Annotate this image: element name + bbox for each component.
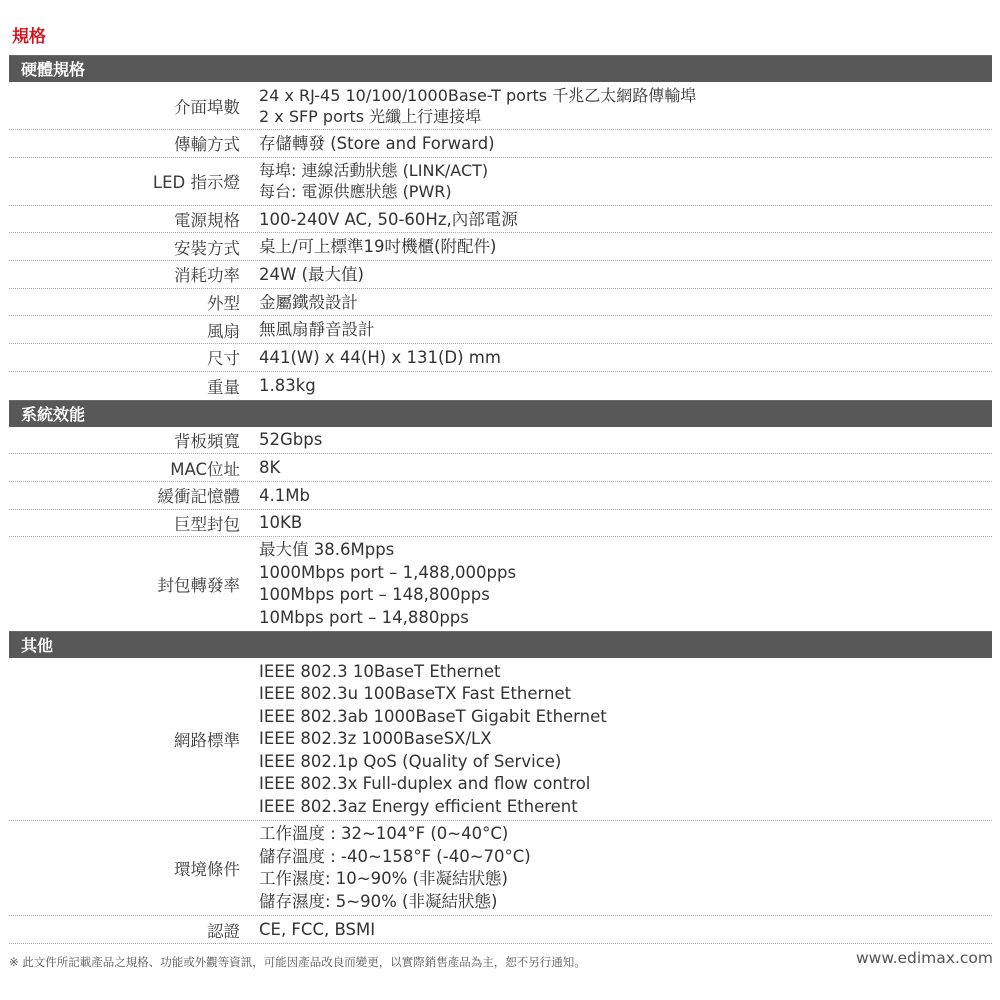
spec-values: 最大值 38.6Mpps 1000Mbps port – 1,488,000pp… — [259, 539, 516, 629]
section-header-other: 其他 — [9, 631, 992, 658]
spec-values: 441(W) x 44(H) x 131(D) mm — [259, 344, 501, 371]
spec-label: 巨型封包 — [9, 511, 240, 535]
spec-row-led: LED 指示燈 每埠: 連線活動狀態 (LINK/ACT) 每台: 電源供應狀態… — [9, 158, 992, 206]
spec-row-certification: 認證 CE, FCC, BSMI — [9, 916, 992, 944]
spec-label: 外型 — [9, 290, 240, 314]
spec-values: 1.83kg — [259, 372, 316, 399]
spec-values: 桌上/可上標準19吋機櫃(附配件) — [259, 233, 496, 260]
spec-row-ports: 介面埠數 24 x RJ-45 10/100/1000Base-T ports … — [9, 82, 992, 130]
spec-value: 每埠: 連線活動狀態 (LINK/ACT) — [259, 160, 488, 181]
spec-label: 環境條件 — [9, 856, 240, 880]
spec-value: 儲存溫度 : -40~158°F (-40~70°C) — [259, 846, 531, 869]
spec-value: IEEE 802.3u 100BaseTX Fast Ethernet — [259, 683, 607, 706]
spec-value: CE, FCC, BSMI — [259, 916, 375, 943]
spec-label: 風扇 — [9, 318, 240, 342]
spec-value: 4.1Mb — [259, 482, 310, 509]
section-header-performance: 系統效能 — [9, 400, 992, 427]
spec-row-forwarding: 封包轉發率 最大值 38.6Mpps 1000Mbps port – 1,488… — [9, 537, 992, 631]
spec-value: IEEE 802.3az Energy efficient Etherent — [259, 796, 607, 819]
website-link[interactable]: www.edimax.com — [856, 949, 993, 967]
spec-value: 10KB — [259, 509, 302, 536]
spec-row-enclosure: 外型 金屬鐵殼設計 — [9, 289, 992, 317]
spec-value: 存儲轉發 (Store and Forward) — [259, 130, 495, 157]
spec-value: 工作溫度 : 32~104°F (0~40°C) — [259, 823, 531, 846]
spec-values: 24W (最大值) — [259, 261, 364, 288]
spec-label: 安裝方式 — [9, 235, 240, 259]
spec-value: 1000Mbps port – 1,488,000pps — [259, 562, 516, 585]
spec-label: 尺寸 — [9, 345, 240, 369]
spec-value: 24W (最大值) — [259, 261, 364, 288]
spec-row-standards: 網路標準 IEEE 802.3 10BaseT Ethernet IEEE 80… — [9, 658, 992, 821]
spec-values: 8K — [259, 454, 280, 481]
spec-label: 傳輸方式 — [9, 131, 240, 155]
spec-values: 無風扇靜音設計 — [259, 316, 375, 343]
spec-label: 重量 — [9, 374, 240, 398]
spec-label: 網路標準 — [9, 727, 240, 751]
spec-value: 52Gbps — [259, 426, 322, 453]
spec-row-dimensions: 尺寸 441(W) x 44(H) x 131(D) mm — [9, 344, 992, 372]
spec-value: 桌上/可上標準19吋機櫃(附配件) — [259, 233, 496, 260]
spec-value: IEEE 802.3x Full-duplex and flow control — [259, 773, 607, 796]
spec-row-backplane: 背板頻寬 52Gbps — [9, 427, 992, 455]
spec-values: 100-240V AC, 50-60Hz,內部電源 — [259, 206, 518, 233]
spec-value: 金屬鐵殼設計 — [259, 289, 358, 316]
spec-value: 8K — [259, 454, 280, 481]
disclaimer-note: ※ 此文件所記載產品之規格、功能或外觀等資訊，可能因產品改良而變更，以實際銷售產… — [9, 954, 586, 970]
spec-values: 24 x RJ-45 10/100/1000Base-T ports 千兆乙太網… — [259, 85, 696, 127]
spec-row-fan: 風扇 無風扇靜音設計 — [9, 316, 992, 344]
spec-values: 10KB — [259, 509, 302, 536]
spec-label: 封包轉發率 — [9, 572, 240, 596]
spec-value: 無風扇靜音設計 — [259, 316, 375, 343]
spec-row-environment: 環境條件 工作溫度 : 32~104°F (0~40°C) 儲存溫度 : -40… — [9, 821, 992, 916]
section-header-hardware: 硬體規格 — [9, 55, 992, 82]
spec-values: 每埠: 連線活動狀態 (LINK/ACT) 每台: 電源供應狀態 (PWR) — [259, 160, 488, 202]
spec-value: 100-240V AC, 50-60Hz,內部電源 — [259, 206, 518, 233]
spec-label: LED 指示燈 — [9, 169, 240, 193]
spec-values: 52Gbps — [259, 426, 322, 453]
spec-values: 存儲轉發 (Store and Forward) — [259, 130, 495, 157]
spec-row-weight: 重量 1.83kg — [9, 372, 992, 400]
spec-values: 工作溫度 : 32~104°F (0~40°C) 儲存溫度 : -40~158°… — [259, 823, 531, 913]
spec-row-buffer: 緩衝記憶體 4.1Mb — [9, 482, 992, 510]
spec-values: CE, FCC, BSMI — [259, 916, 375, 943]
spec-value: 儲存濕度: 5~90% (非凝結狀態) — [259, 891, 531, 914]
spec-label: 緩衝記憶體 — [9, 483, 240, 507]
spec-value: IEEE 802.3z 1000BaseSX/LX — [259, 728, 607, 751]
spec-value: 工作濕度: 10~90% (非凝結狀態) — [259, 868, 531, 891]
spec-label: 電源規格 — [9, 207, 240, 231]
spec-value: 441(W) x 44(H) x 131(D) mm — [259, 344, 501, 371]
spec-value: 2 x SFP ports 光纖上行連接埠 — [259, 106, 696, 127]
spec-row-mounting: 安裝方式 桌上/可上標準19吋機櫃(附配件) — [9, 233, 992, 261]
page-title: 規格 — [12, 26, 46, 48]
spec-value: 10Mbps port – 14,880pps — [259, 607, 516, 630]
spec-value: 100Mbps port – 148,800pps — [259, 584, 516, 607]
spec-value: IEEE 802.3 10BaseT Ethernet — [259, 661, 607, 684]
spec-label: 認證 — [9, 918, 240, 942]
spec-value: IEEE 802.1p QoS (Quality of Service) — [259, 751, 607, 774]
spec-label: MAC位址 — [9, 456, 240, 480]
spec-row-power: 電源規格 100-240V AC, 50-60Hz,內部電源 — [9, 206, 992, 234]
spec-values: IEEE 802.3 10BaseT Ethernet IEEE 802.3u … — [259, 661, 607, 819]
spec-value: 24 x RJ-45 10/100/1000Base-T ports 千兆乙太網… — [259, 85, 696, 106]
spec-label: 背板頻寬 — [9, 428, 240, 452]
spec-value: IEEE 802.3ab 1000BaseT Gigabit Ethernet — [259, 706, 607, 729]
spec-row-jumbo: 巨型封包 10KB — [9, 510, 992, 538]
spec-label: 介面埠數 — [9, 94, 240, 118]
spec-row-transmission: 傳輸方式 存儲轉發 (Store and Forward) — [9, 130, 992, 158]
spec-values: 4.1Mb — [259, 482, 310, 509]
spec-value: 1.83kg — [259, 372, 316, 399]
spec-table: 硬體規格 介面埠數 24 x RJ-45 10/100/1000Base-T p… — [9, 55, 992, 944]
spec-value: 最大值 38.6Mpps — [259, 539, 516, 562]
spec-values: 金屬鐵殼設計 — [259, 289, 358, 316]
spec-row-mac: MAC位址 8K — [9, 454, 992, 482]
spec-label: 消耗功率 — [9, 262, 240, 286]
spec-value: 每台: 電源供應狀態 (PWR) — [259, 181, 488, 202]
spec-row-consumption: 消耗功率 24W (最大值) — [9, 261, 992, 289]
